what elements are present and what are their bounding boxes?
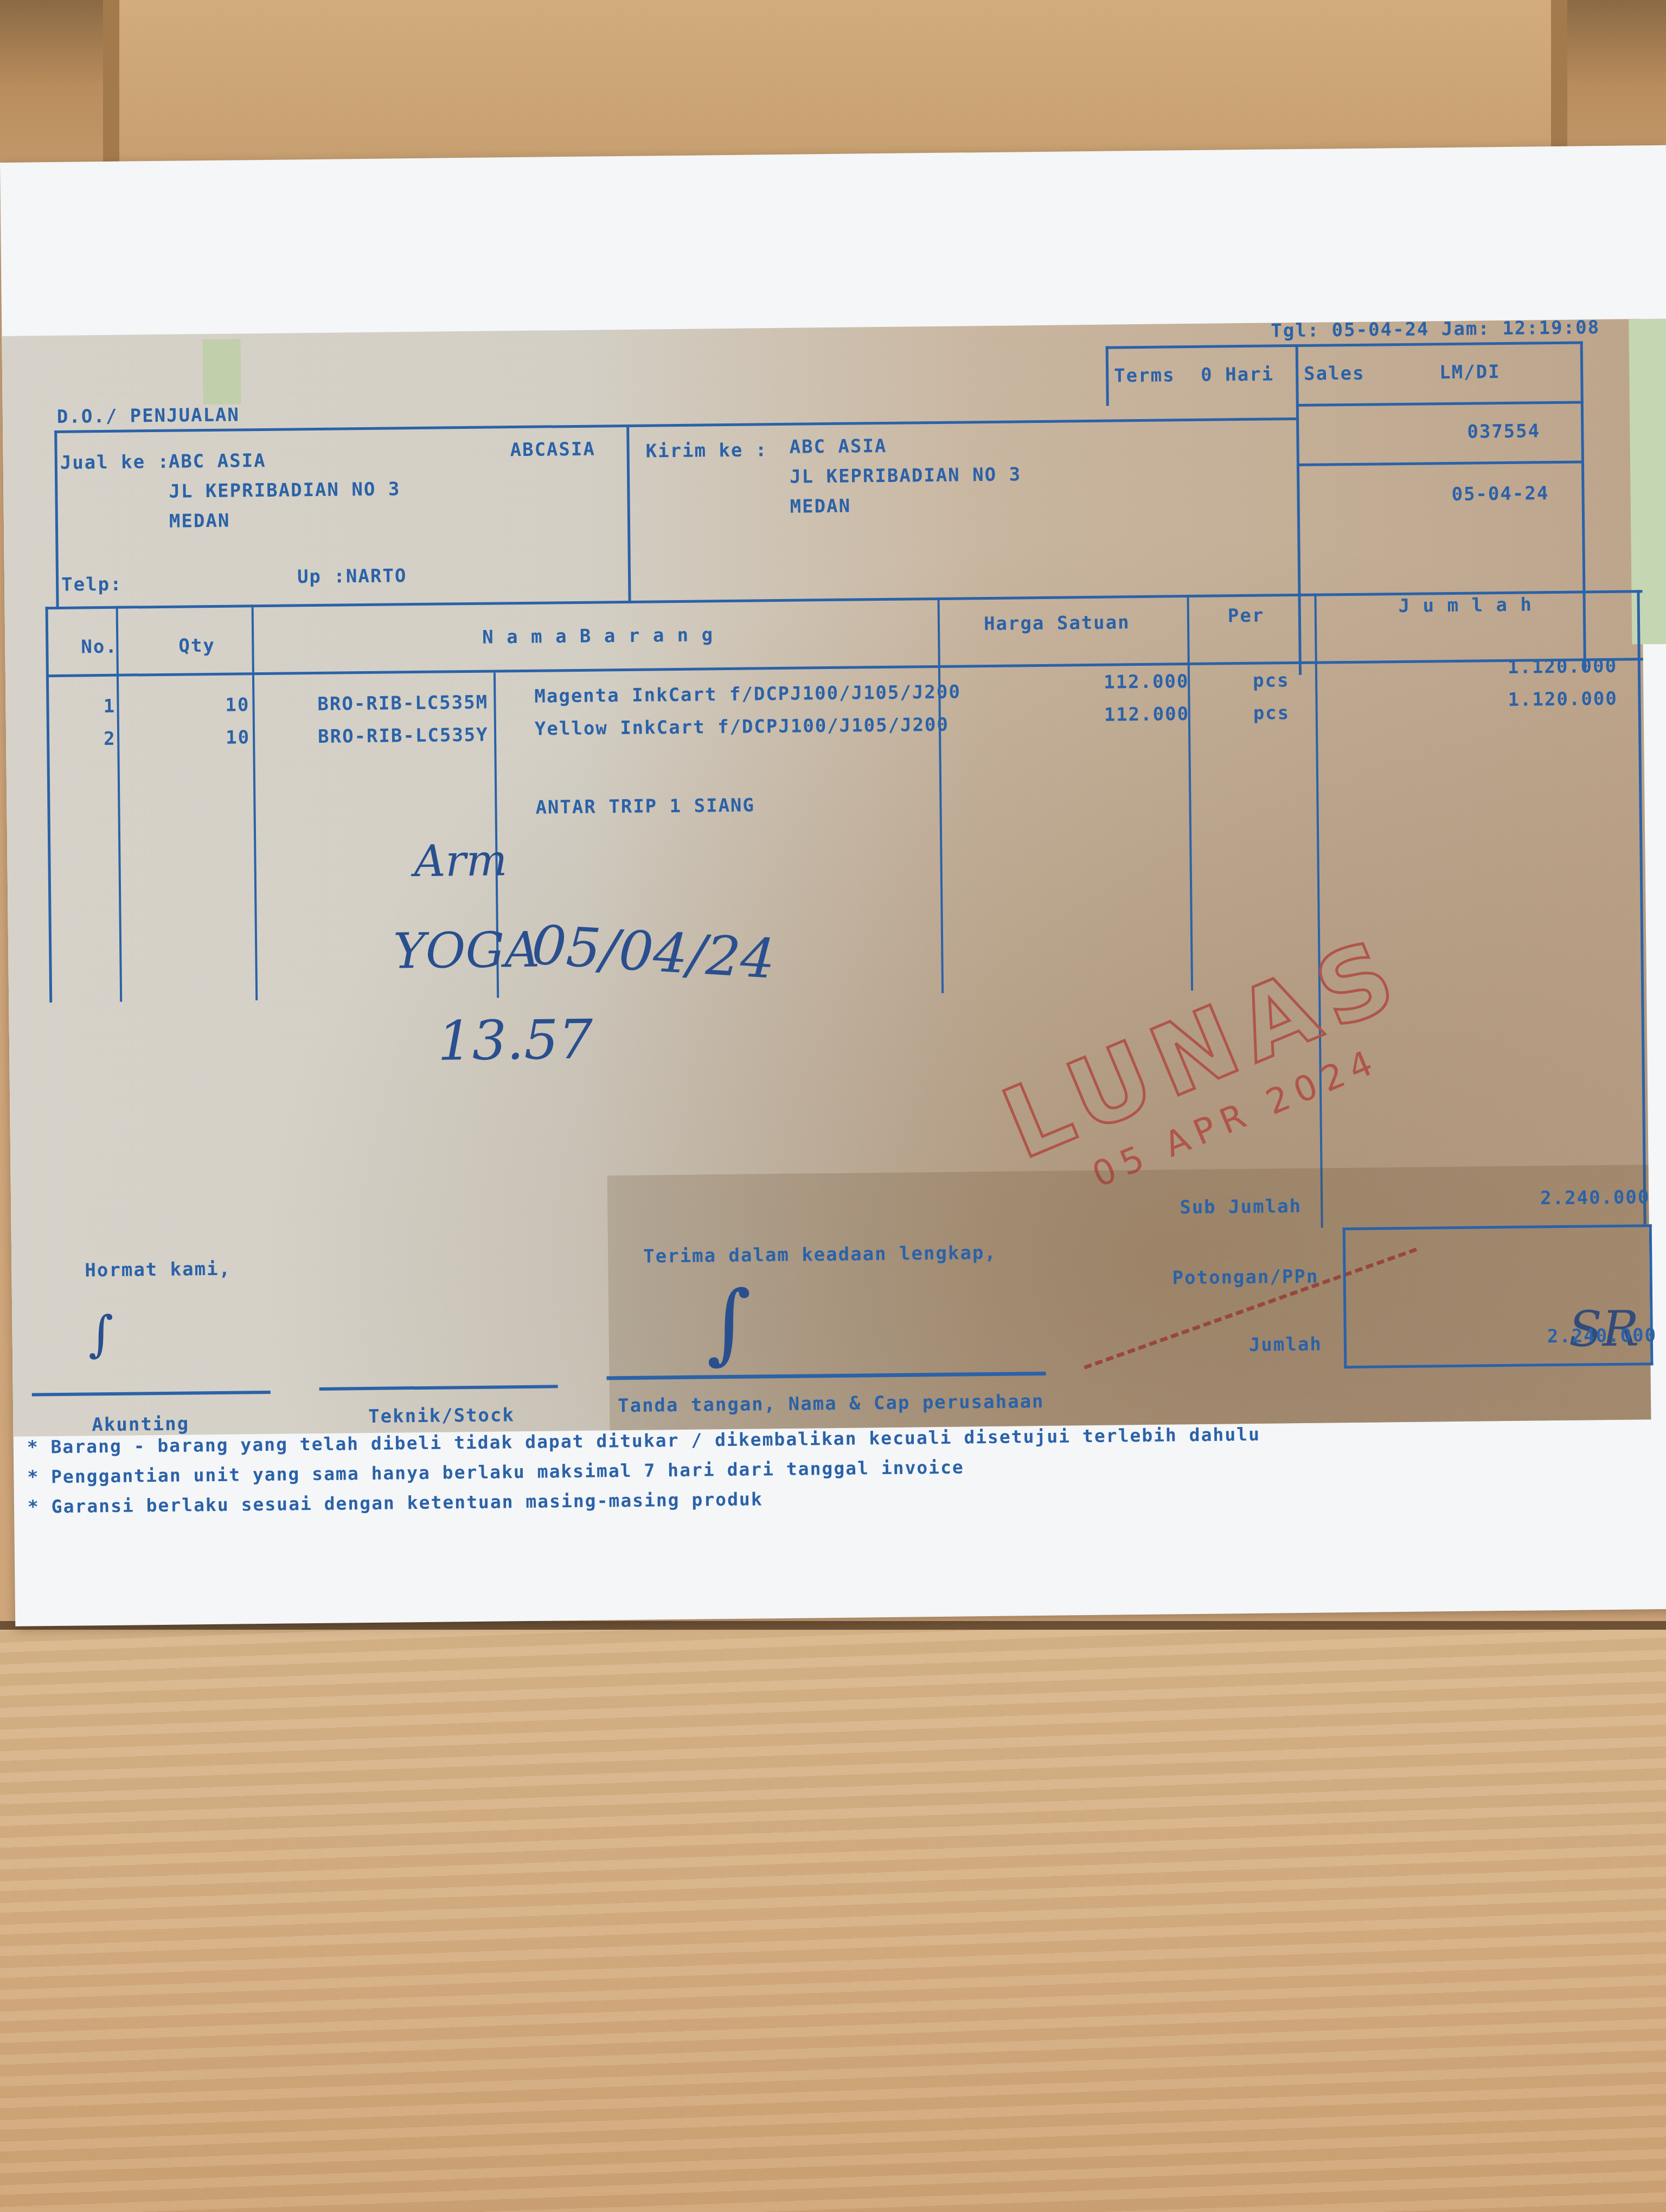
sales-label: Sales <box>1304 363 1365 385</box>
address-box-left <box>54 430 59 609</box>
sales-divider <box>1296 401 1584 407</box>
ship-to-city: MEDAN <box>790 496 851 518</box>
accounting-signature: ∫ <box>88 1306 114 1362</box>
stock-label: Teknik/Stock <box>368 1404 515 1427</box>
phone-label: Telp: <box>61 574 123 596</box>
row-unit-price: 112.000 <box>1104 671 1189 693</box>
ship-to-label: Kirim ke : <box>645 439 767 462</box>
row-no: 2 <box>104 728 116 750</box>
accounting-label: Akunting <box>92 1413 189 1436</box>
delivery-note: ANTAR TRIP 1 SIANG <box>535 794 755 818</box>
terms-box-left <box>1106 346 1109 406</box>
subtotal-label: Sub Jumlah <box>1180 1195 1302 1218</box>
total-label: Jumlah <box>1249 1334 1322 1356</box>
invoice-sheet: Tgl: 05-04-24 Jam: 12:19:08 D.O./ PENJUA… <box>2 319 1651 1437</box>
footnote: * Penggantian unit yang sama hanya berla… <box>27 1457 964 1488</box>
sold-to-address: JL KEPRIBADIAN NO 3 <box>169 478 400 502</box>
row-per: pcs <box>1253 670 1290 692</box>
table-header-bottom <box>46 658 1643 677</box>
handwritten-name: YOGA <box>393 922 540 980</box>
col-border-right <box>1637 590 1646 1224</box>
row-amount: 1.120.000 <box>1508 655 1618 678</box>
sales-box-right <box>1580 341 1586 672</box>
row-code: BRO-RIB-LC535M <box>317 692 488 715</box>
document-title: D.O./ PENJUALAN <box>57 404 240 428</box>
ship-to-name: ABC ASIA <box>789 435 887 458</box>
row-description: Yellow InkCart f/DCPJ100/J105/J200 <box>535 714 949 740</box>
handwritten-date: 05/04/24 <box>530 913 777 991</box>
header-qty: Qty <box>178 635 215 657</box>
sold-to-name: ABC ASIA <box>169 450 266 473</box>
customer-signature: ∫ <box>706 1272 752 1374</box>
row-qty: 10 <box>225 694 249 716</box>
header-item-name: N a m a B a r a n g <box>482 624 714 648</box>
col-border-desc <box>937 597 944 993</box>
sold-to-code: ABCASIA <box>510 439 595 461</box>
sales-value: LM/DI <box>1439 361 1501 383</box>
camera-shadow <box>607 1165 1651 1430</box>
accounting-sign-line <box>32 1391 271 1397</box>
header-amount: J u m l a h <box>1398 594 1533 617</box>
address-box-top <box>54 417 1296 433</box>
header-per: Per <box>1228 605 1265 627</box>
invoice-number: 037554 <box>1467 420 1540 442</box>
attention: Up :NARTO <box>297 565 407 588</box>
row-per: pcs <box>1253 702 1290 724</box>
greeting-text: Hormat kami, <box>85 1258 231 1282</box>
row-code: BRO-RIB-LC535Y <box>318 724 489 748</box>
sold-to-city: MEDAN <box>169 510 230 532</box>
handwritten-initials: Arm <box>414 835 508 886</box>
green-smudge <box>202 339 241 404</box>
subtotal-value: 2.240.000 <box>1540 1186 1650 1209</box>
invoice-date: 05-04-24 <box>1451 483 1549 505</box>
footnote: * Garansi berlaku sesuai dengan ketentua… <box>28 1488 763 1517</box>
green-edge <box>1629 319 1666 645</box>
row-amount: 1.120.000 <box>1508 688 1618 711</box>
address-box-divider <box>626 425 631 603</box>
header-box-top <box>1106 341 1583 349</box>
row-unit-price: 112.000 <box>1104 703 1190 726</box>
sales-box-left <box>1296 344 1302 675</box>
print-timestamp: Tgl: 05-04-24 Jam: 12:19:08 <box>1271 317 1600 342</box>
photo-paper: Tgl: 05-04-24 Jam: 12:19:08 D.O./ PENJUA… <box>0 145 1666 1626</box>
header-no: No. <box>81 636 118 658</box>
handwritten-time: 13.57 <box>437 1008 593 1073</box>
col-border-left <box>46 607 53 1002</box>
col-border-no <box>116 606 123 1002</box>
total-value: 2.240.000 <box>1547 1324 1657 1347</box>
invoice-divider <box>1297 460 1584 466</box>
row-qty: 10 <box>226 726 250 748</box>
col-border-price <box>1187 595 1193 991</box>
col-border-qty <box>252 605 258 1000</box>
sold-to-label: Jual ke : <box>60 451 170 474</box>
discount-label: Potongan/PPn <box>1172 1266 1318 1289</box>
wooden-table-background <box>0 1621 1666 2212</box>
row-no: 1 <box>103 696 116 717</box>
ship-to-address: JL KEPRIBADIAN NO 3 <box>790 464 1021 487</box>
header-unit-price: Harga Satuan <box>984 612 1130 635</box>
row-description: Magenta InkCart f/DCPJ100/J105/J200 <box>534 681 961 708</box>
terms-label: Terms <box>1114 364 1175 387</box>
received-text: Terima dalam keadaan lengkap, <box>643 1242 997 1268</box>
customer-sign-label: Tanda tangan, Nama & Cap perusahaan <box>618 1391 1045 1417</box>
stock-sign-line <box>319 1385 558 1391</box>
terms-value: 0 Hari <box>1201 363 1274 385</box>
